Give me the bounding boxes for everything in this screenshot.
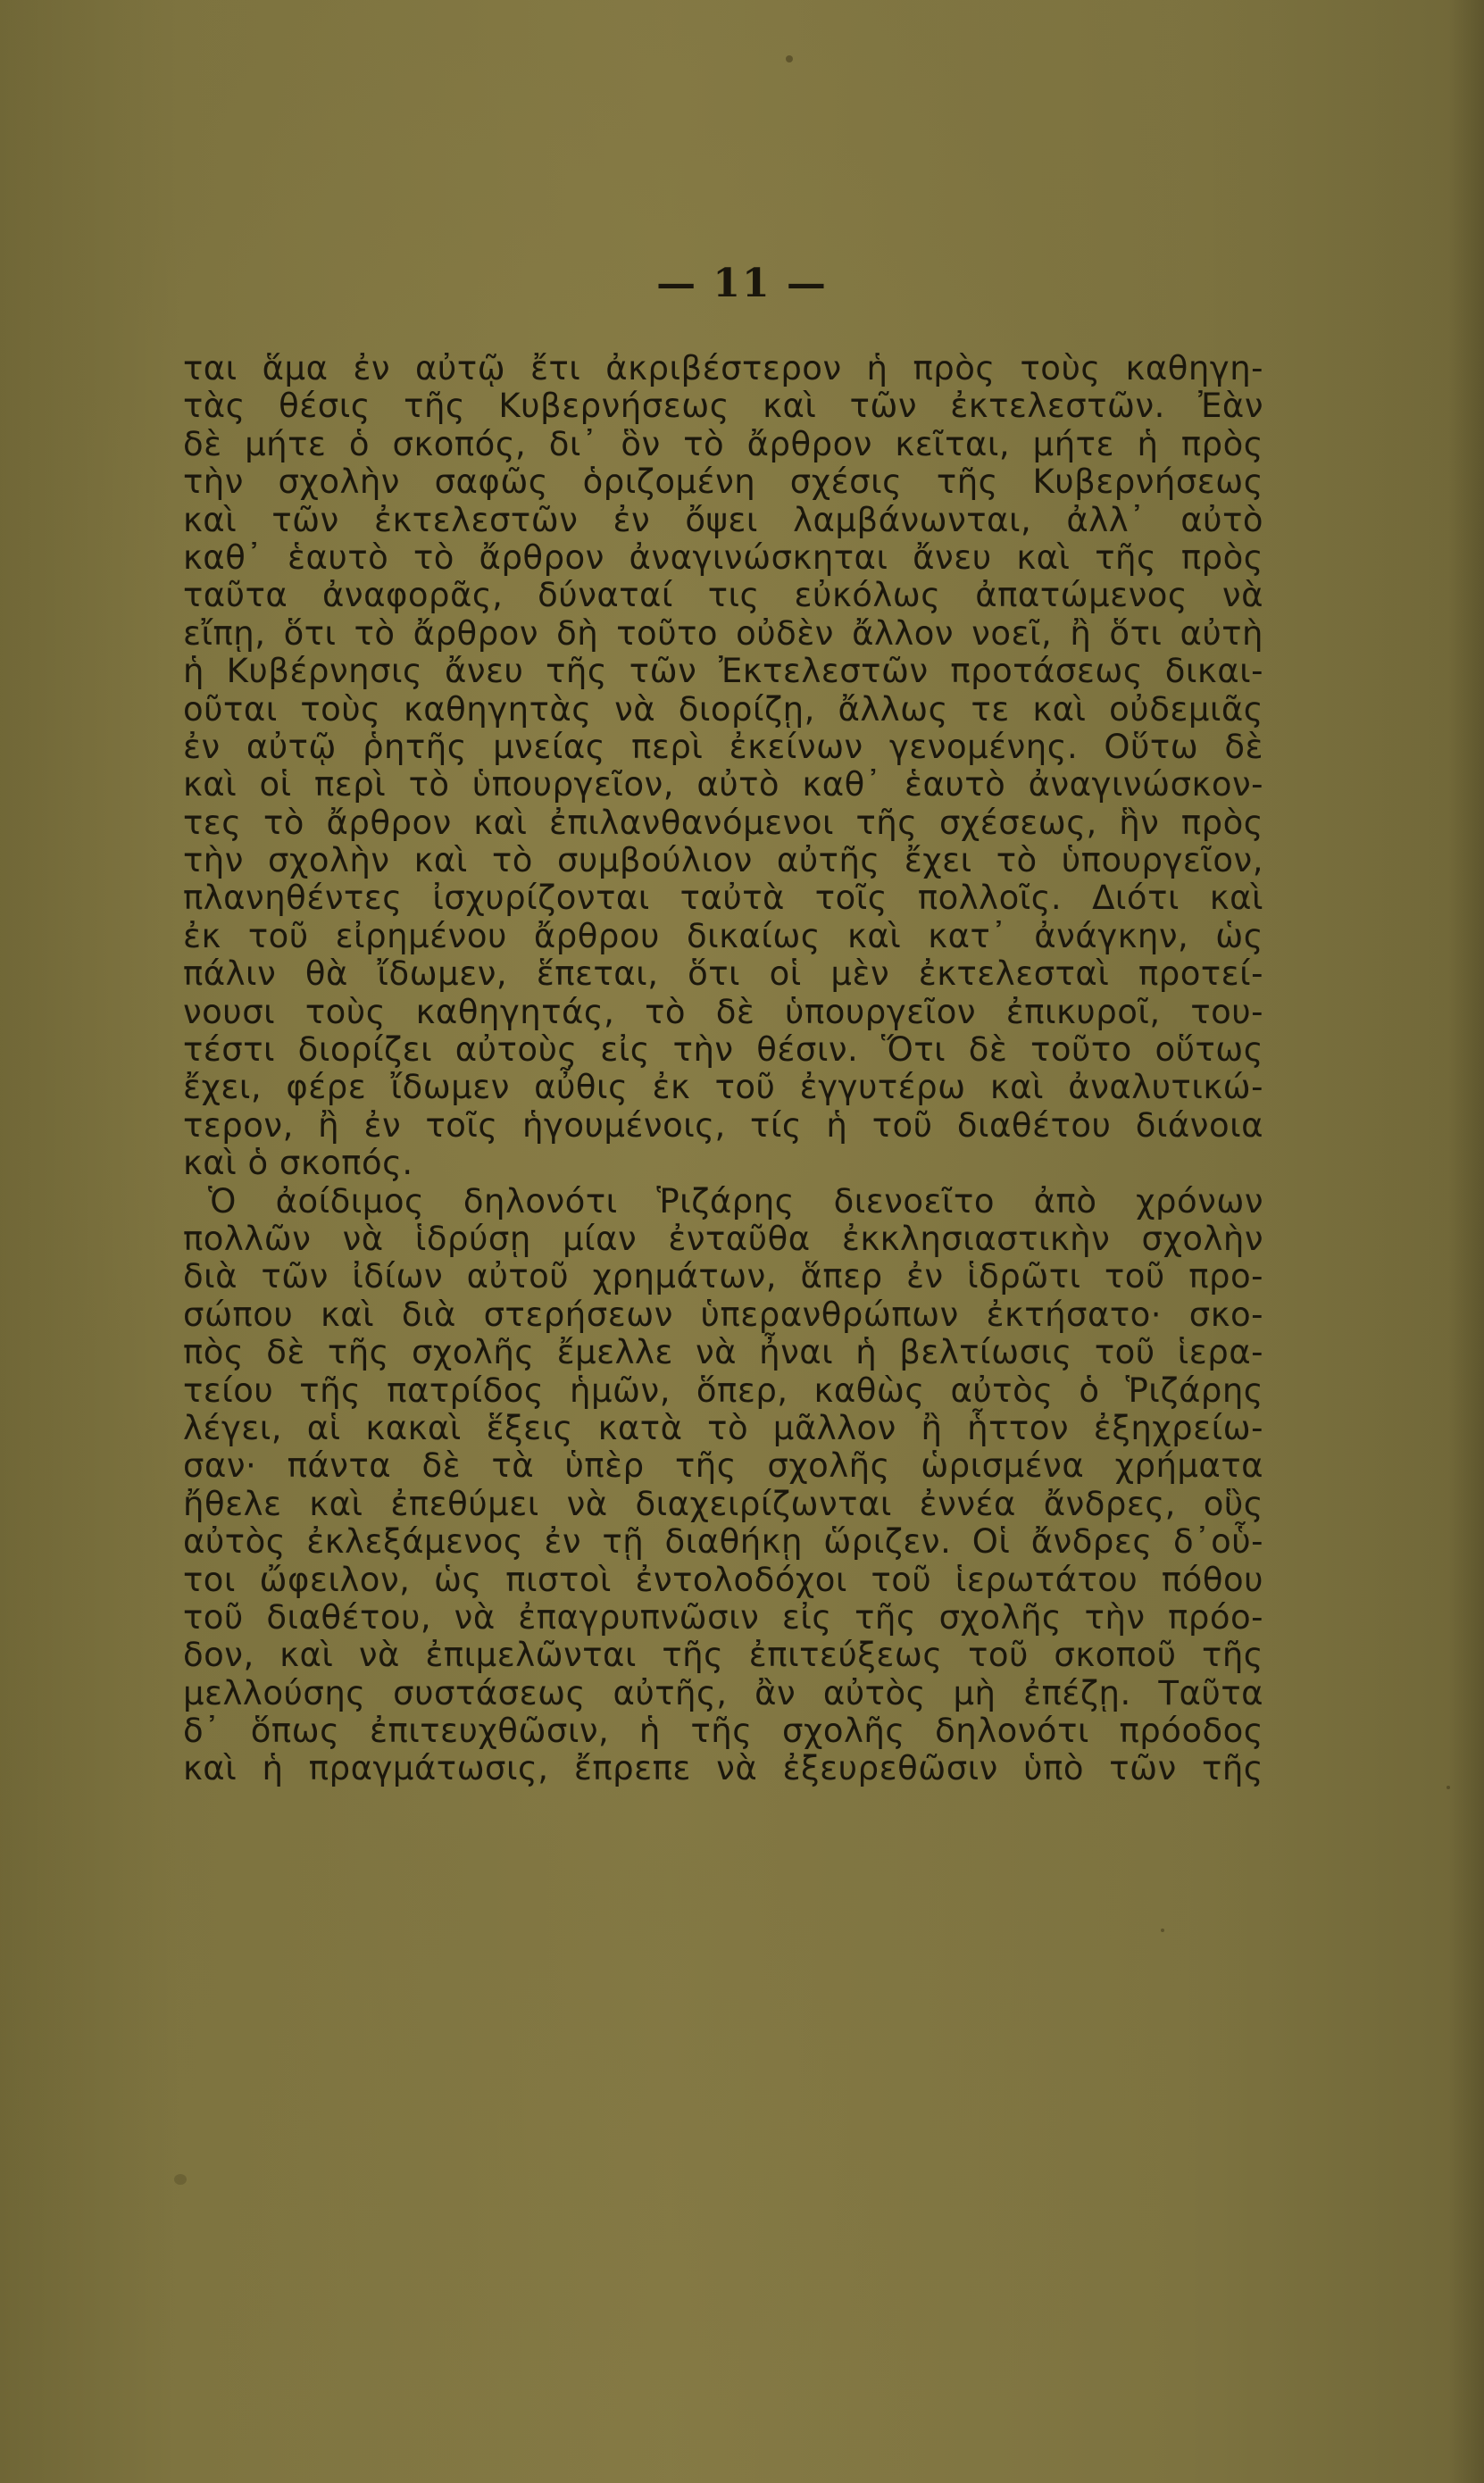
paper-speck (1446, 1786, 1450, 1789)
page-number: — 11 — (0, 261, 1484, 306)
text-line: ἤθελε καὶ ἐπεθύμει νὰ διαχειρίζωνται ἐνν… (183, 1486, 1263, 1523)
text-line: τοι ὤφειλον, ὡς πιστοὶ ἐντολοδόχοι τοῦ ἱ… (183, 1562, 1263, 1599)
text-line: καὶ ὁ σκοπός. (183, 1145, 1263, 1182)
text-line: σώπου καὶ διὰ στερήσεων ὑπερανθρώπων ἐκτ… (183, 1296, 1263, 1334)
text-line: πάλιν θὰ ἴδωμεν, ἕπεται, ὅτι οἱ μὲν ἐκτε… (183, 955, 1263, 993)
text-line: εἴπῃ, ὅτι τὸ ἄρθρον δὴ τοῦτο οὐδὲν ἄλλον… (183, 615, 1263, 653)
text-line: πὸς δὲ τῆς σχολῆς ἔμελλε νὰ ἦναι ἡ βελτί… (183, 1334, 1263, 1371)
paragraph-1: ται ἅμα ἐν αὐτῷ ἔτι ἀκριβέστερον ἡ πρὸς … (183, 350, 1263, 1183)
text-line: σαν· πάντα δὲ τὰ ὑπὲρ τῆς σχολῆς ὡρισμέν… (183, 1447, 1263, 1485)
page-edge-shadow (1448, 0, 1484, 2483)
paragraph-2: Ὁ ἀοίδιμος δηλονότι Ῥιζάρης διενοεῖτο ἀπ… (183, 1183, 1263, 1788)
text-line: ἐν αὐτῷ ῥητῆς μνείας περὶ ἐκείνων γενομέ… (183, 729, 1263, 766)
scanned-page: — 11 — ται ἅμα ἐν αὐτῷ ἔτι ἀκριβέστερον … (0, 0, 1484, 2483)
text-line: τέστι διορίζει αὐτοὺς εἰς τὴν θέσιν. Ὅτι… (183, 1031, 1263, 1069)
paper-speck (1161, 1929, 1164, 1932)
text-line: τὴν σχολὴν καὶ τὸ συμβούλιον αὐτῆς ἔχει … (183, 842, 1263, 879)
text-line: πλανηθέντες ἰσχυρίζονται ταὐτὰ τοῖς πολλ… (183, 879, 1263, 917)
text-line: καὶ τῶν ἐκτελεστῶν ἐν ὄψει λαμβάνωνται, … (183, 502, 1263, 539)
text-line: ται ἅμα ἐν αὐτῷ ἔτι ἀκριβέστερον ἡ πρὸς … (183, 350, 1263, 387)
text-line: Ὁ ἀοίδιμος δηλονότι Ῥιζάρης διενοεῖτο ἀπ… (183, 1183, 1263, 1221)
paper-speck (174, 2174, 187, 2185)
text-line: τες τὸ ἄρθρον καὶ ἐπιλανθανόμενοι τῆς σχ… (183, 804, 1263, 842)
text-line: καθ᾽ ἑαυτὸ τὸ ἄρθρον ἀναγινώσκηται ἄνευ … (183, 539, 1263, 577)
text-line: διὰ τῶν ἰδίων αὐτοῦ χρημάτων, ἅπερ ἐν ἱδ… (183, 1258, 1263, 1296)
paper-speck (786, 55, 793, 62)
text-line: οῦται τοὺς καθηγητὰς νὰ διορίζῃ, ἄλλως τ… (183, 691, 1263, 729)
text-line: αὐτὸς ἐκλεξάμενος ἐν τῇ διαθήκῃ ὥριζεν. … (183, 1523, 1263, 1561)
text-line: δ᾽ ὅπως ἐπιτευχθῶσιν, ἡ τῆς σχολῆς δηλον… (183, 1712, 1263, 1750)
text-line: τοῦ διαθέτου, νὰ ἐπαγρυπνῶσιν εἰς τῆς σχ… (183, 1599, 1263, 1637)
text-line: τὴν σχολὴν σαφῶς ὁριζομένη σχέσις τῆς Κυ… (183, 463, 1263, 501)
text-line: ἡ Κυβέρνησις ἄνευ τῆς τῶν Ἐκτελεστῶν προ… (183, 653, 1263, 690)
text-line: λέγει, αἱ κακαὶ ἕξεις κατὰ τὸ μᾶλλον ἢ ἧ… (183, 1410, 1263, 1447)
text-line: νουσι τοὺς καθηγητάς, τὸ δὲ ὑπουργεῖον ἐ… (183, 994, 1263, 1031)
text-line: τὰς θέσις τῆς Κυβερνήσεως καὶ τῶν ἐκτελε… (183, 387, 1263, 425)
body-text: ται ἅμα ἐν αὐτῷ ἔτι ἀκριβέστερον ἡ πρὸς … (183, 350, 1263, 1788)
text-line: καὶ ἡ πραγμάτωσις, ἔπρεπε νὰ ἐξευρεθῶσιν… (183, 1750, 1263, 1787)
text-line: ἐκ τοῦ εἰρημένου ἄρθρου δικαίως καὶ κατ᾽… (183, 918, 1263, 955)
text-line: τείου τῆς πατρίδος ἡμῶν, ὅπερ, καθὼς αὐτ… (183, 1372, 1263, 1410)
text-line: δὲ μήτε ὁ σκοπός, δι᾽ ὃν τὸ ἄρθρον κεῖτα… (183, 426, 1263, 463)
text-line: ταῦτα ἀναφορᾶς, δύναταί τις εὐκόλως ἀπατ… (183, 577, 1263, 614)
text-line: ἔχει, φέρε ἴδωμεν αὖθις ἐκ τοῦ ἐγγυτέρω … (183, 1069, 1263, 1106)
text-line: καὶ οἱ περὶ τὸ ὑπουργεῖον, αὐτὸ καθ᾽ ἑαυ… (183, 766, 1263, 804)
text-line: τερον, ἢ ἐν τοῖς ἡγουμένοις, τίς ἡ τοῦ δ… (183, 1107, 1263, 1145)
text-line: πολλῶν νὰ ἱδρύσῃ μίαν ἐνταῦθα ἐκκλησιαστ… (183, 1221, 1263, 1258)
text-line: δον, καὶ νὰ ἐπιμελῶνται τῆς ἐπιτεύξεως τ… (183, 1637, 1263, 1674)
text-line: μελλούσης συστάσεως αὐτῆς, ἂν αὐτὸς μὴ ἐ… (183, 1675, 1263, 1712)
